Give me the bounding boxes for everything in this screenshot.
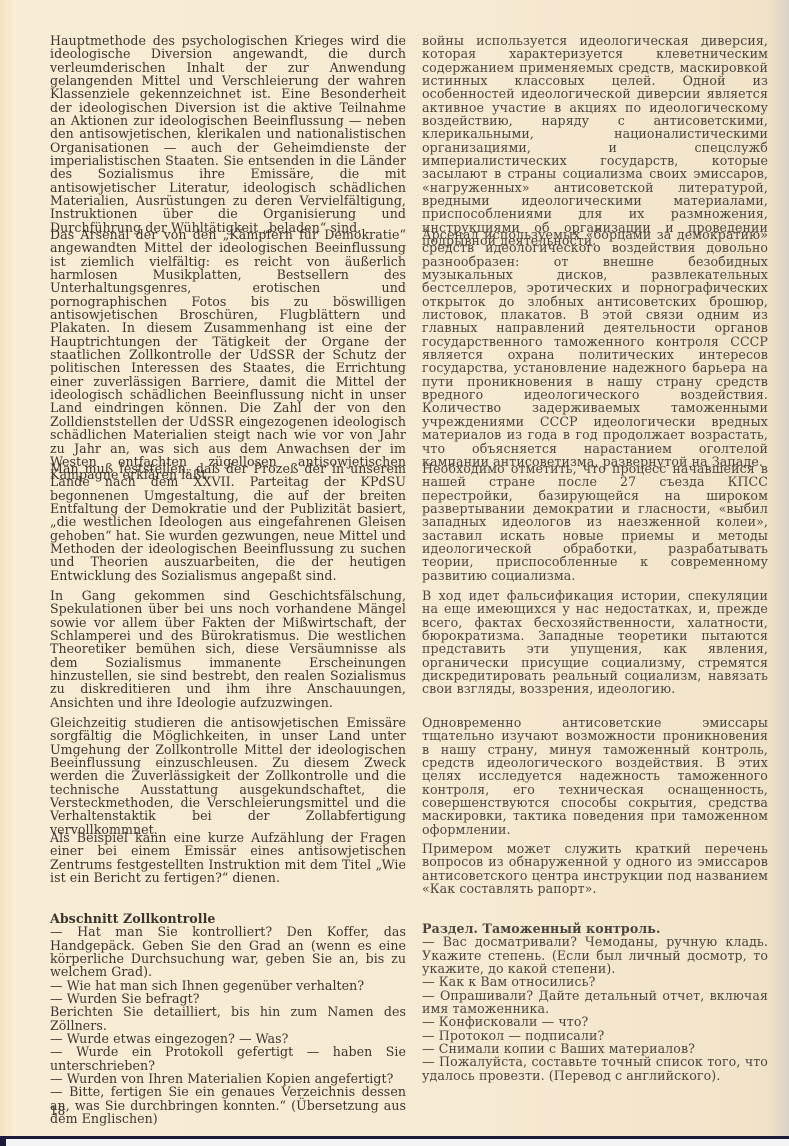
russian-paragraph-1: войны используется идеологическая диверс… [422,34,768,248]
scanner-border [0,1136,789,1146]
russian-question: — Вас досматривали? Чемоданы, ручную кла… [422,935,768,975]
russian-paragraph-3: Необходимо отметить, что процесс начавше… [422,462,768,582]
german-paragraph-1: Hauptmethode des psychologischen Krieges… [50,34,406,234]
german-section: Abschnitt Zollkontrolle — Hat man Sie ko… [50,912,406,1126]
german-question: — Wie hat man sich Ihnen gegenüber verha… [50,979,406,992]
russian-paragraph-4: В ход идет фальсификация истории, спекул… [422,589,768,696]
german-paragraph-3: Man muß feststellen, daß der Prozeß der … [50,462,406,582]
russian-question: — Конфисковали — что? [422,1015,768,1028]
german-question: — Wurden von Ihren Materialien Kopien an… [50,1072,406,1085]
russian-paragraph-6: Примером может служить краткий перечень … [422,842,768,895]
german-paragraph-4: In Gang gekommen sind Geschichtsfälschun… [50,589,406,709]
russian-question: — Пожалуйста, составьте точный список то… [422,1055,768,1082]
russian-section-heading: Раздел. Таможенный контроль. [422,922,768,935]
russian-section: Раздел. Таможенный контроль. — Вас досма… [422,922,768,1082]
german-question: Berichten Sie detailliert, bis hin zum N… [50,1005,406,1032]
russian-paragraph-2: Арсенал используемых «борцами за демокра… [422,228,768,468]
page-edge-shadow [767,0,789,1136]
german-question: — Wurde ein Protokoll gefertigt — haben … [50,1045,406,1072]
russian-question: — Протокол — подписали? [422,1029,768,1042]
german-paragraph-5: Gleichzeitig studieren die antisowjetisc… [50,716,406,836]
russian-question: — Опрашивали? Дайте детальный отчет, вкл… [422,989,768,1016]
german-question: — Bitte, fertigen Sie ein genaues Verzei… [50,1085,406,1125]
german-paragraph-2: Das Arsenal der von den „Kämpfern für De… [50,228,406,482]
german-question: — Wurde etwas eingezogen? — Was? [50,1032,406,1045]
german-question: — Wurden Sie befragt? [50,992,406,1005]
german-section-heading: Abschnitt Zollkontrolle [50,912,406,925]
german-question: — Hat man Sie kontrolliert? Den Koffer, … [50,925,406,978]
german-paragraph-6: Als Beispiel kann eine kurze Aufzählung … [50,831,406,884]
russian-question: — Снимали копии с Ваших материалов? [422,1042,768,1055]
page-number: 18 [50,1104,65,1118]
russian-question: — Как к Вам относились? [422,975,768,988]
russian-paragraph-5: Одновременно антисоветские эмиссары тщат… [422,716,768,836]
